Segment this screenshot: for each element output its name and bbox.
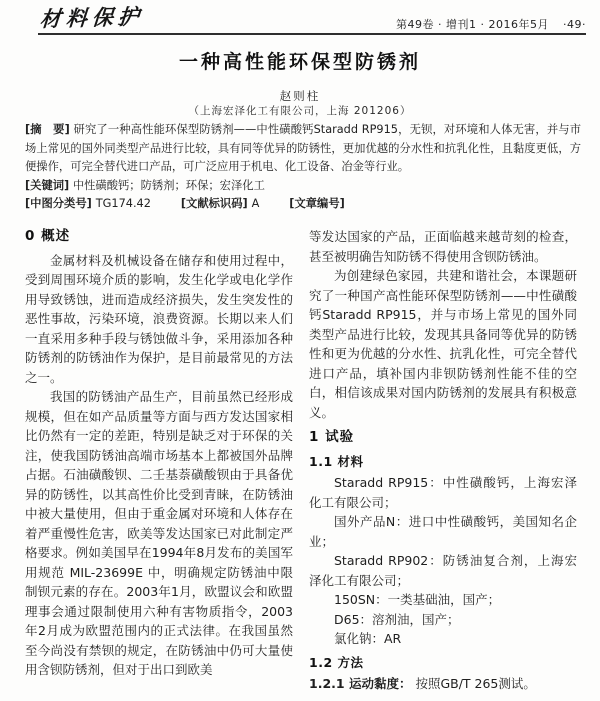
header-info: 第49卷 · 增刊1 · 2016年5月 ·49· [396,16,586,32]
material-item: D65：溶剂油，国产； [309,610,577,630]
doc-code-group: [文献标识码] A [181,197,263,210]
method-1-2-1-label: 1.2.1 运动黏度： [309,676,411,691]
meta-block: [摘 要] 研究了一种高性能环保型防锈剂——中性磺酸钙Staradd RP915… [25,121,581,214]
section-heading-0: 0 概述 [25,227,293,247]
method-1-2-1-text: 按照GB/T 265测试。 [415,676,535,691]
method-paragraph: 1.2.1 运动黏度： 按照GB/T 265测试。 [309,674,577,694]
journal-logo: 材料保护 [39,1,145,34]
abstract-label: [摘 要] [25,123,70,136]
article-id-label: [文章编号] [289,197,345,210]
body-paragraph: 我国的防锈油产品生产，目前虽然已经形成规模，但在如产品质量等方面与西方发达国家相… [25,387,293,680]
abstract-paragraph: [摘 要] 研究了一种高性能环保型防锈剂——中性磺酸钙Staradd RP915… [25,121,581,177]
section-heading-1-2: 1.2 方法 [309,653,577,673]
doc-code-label: [文献标识码] [181,197,248,210]
right-column: 等发达国家的产品，正面临越来越苛刻的检查，甚至被明确告知防锈不得使用含钡防锈油。… [309,227,577,701]
material-item: 氯化钠：AR [309,629,577,649]
body-paragraph-continuation: 等发达国家的产品，正面临越来越苛刻的检查，甚至被明确告知防锈不得使用含钡防锈油。 [309,227,577,266]
two-column-body: 0 概述 金属材料及机械设备在储存和使用过程中，受到周围环境介质的影响，发生化学… [25,227,577,701]
section-heading-1: 1 试验 [309,428,577,448]
material-item: 国外产品N：进口中性磺酸钙，美国知名企业； [309,512,577,551]
left-column: 0 概述 金属材料及机械设备在储存和使用过程中，受到周围环境介质的影响，发生化学… [25,227,293,701]
classification-line: [中图分类号] TG174.42 [文献标识码] A [文章编号] [25,195,581,214]
keywords-label: [关键词] [25,179,69,192]
material-item: Staradd RP915：中性磺酸钙，上海宏泽化工有限公司； [309,473,577,512]
header-rule [38,33,586,35]
keywords-line: [关键词] 中性磺酸钙；防锈剂；环保；宏泽化工 [25,177,581,196]
material-item: Staradd RP902：防锈油复合剂，上海宏泽化工有限公司； [309,551,577,590]
article-title: 一种高性能环保型防锈剂 [0,47,600,74]
body-paragraph: 为创建绿色家园，共建和谐社会，本课题研究了一种国产高性能环保型防锈剂——中性磺酸… [309,266,577,422]
scanned-paper-page: 材料保护 第49卷 · 增刊1 · 2016年5月 ·49· 一种高性能环保型防… [0,0,600,701]
body-paragraph: 金属材料及机械设备在储存和使用过程中，受到周围环境介质的影响，发生化学或电化学作… [25,251,293,388]
issue-info: 第49卷 · 增刊1 · 2016年5月 [396,16,549,32]
clc-group: [中图分类号] TG174.42 [25,197,155,210]
author-affiliation: （上海宏泽化工有限公司，上海 201206） [0,103,600,118]
section-heading-1-1: 1.1 材料 [309,452,577,472]
page-number: ·49· [563,18,586,31]
clc-value: TG174.42 [96,197,151,210]
author-name: 赵则柱 [0,88,600,104]
abstract-text: 研究了一种高性能环保型防锈剂——中性磺酸钙Staradd RP915，无钡，对环… [25,123,581,173]
clc-label: [中图分类号] [25,197,92,210]
doc-code-value: A [252,197,260,210]
keywords-text: 中性磺酸钙；防锈剂；环保；宏泽化工 [73,179,265,192]
material-item: 150SN：一类基础油，国产； [309,590,577,610]
